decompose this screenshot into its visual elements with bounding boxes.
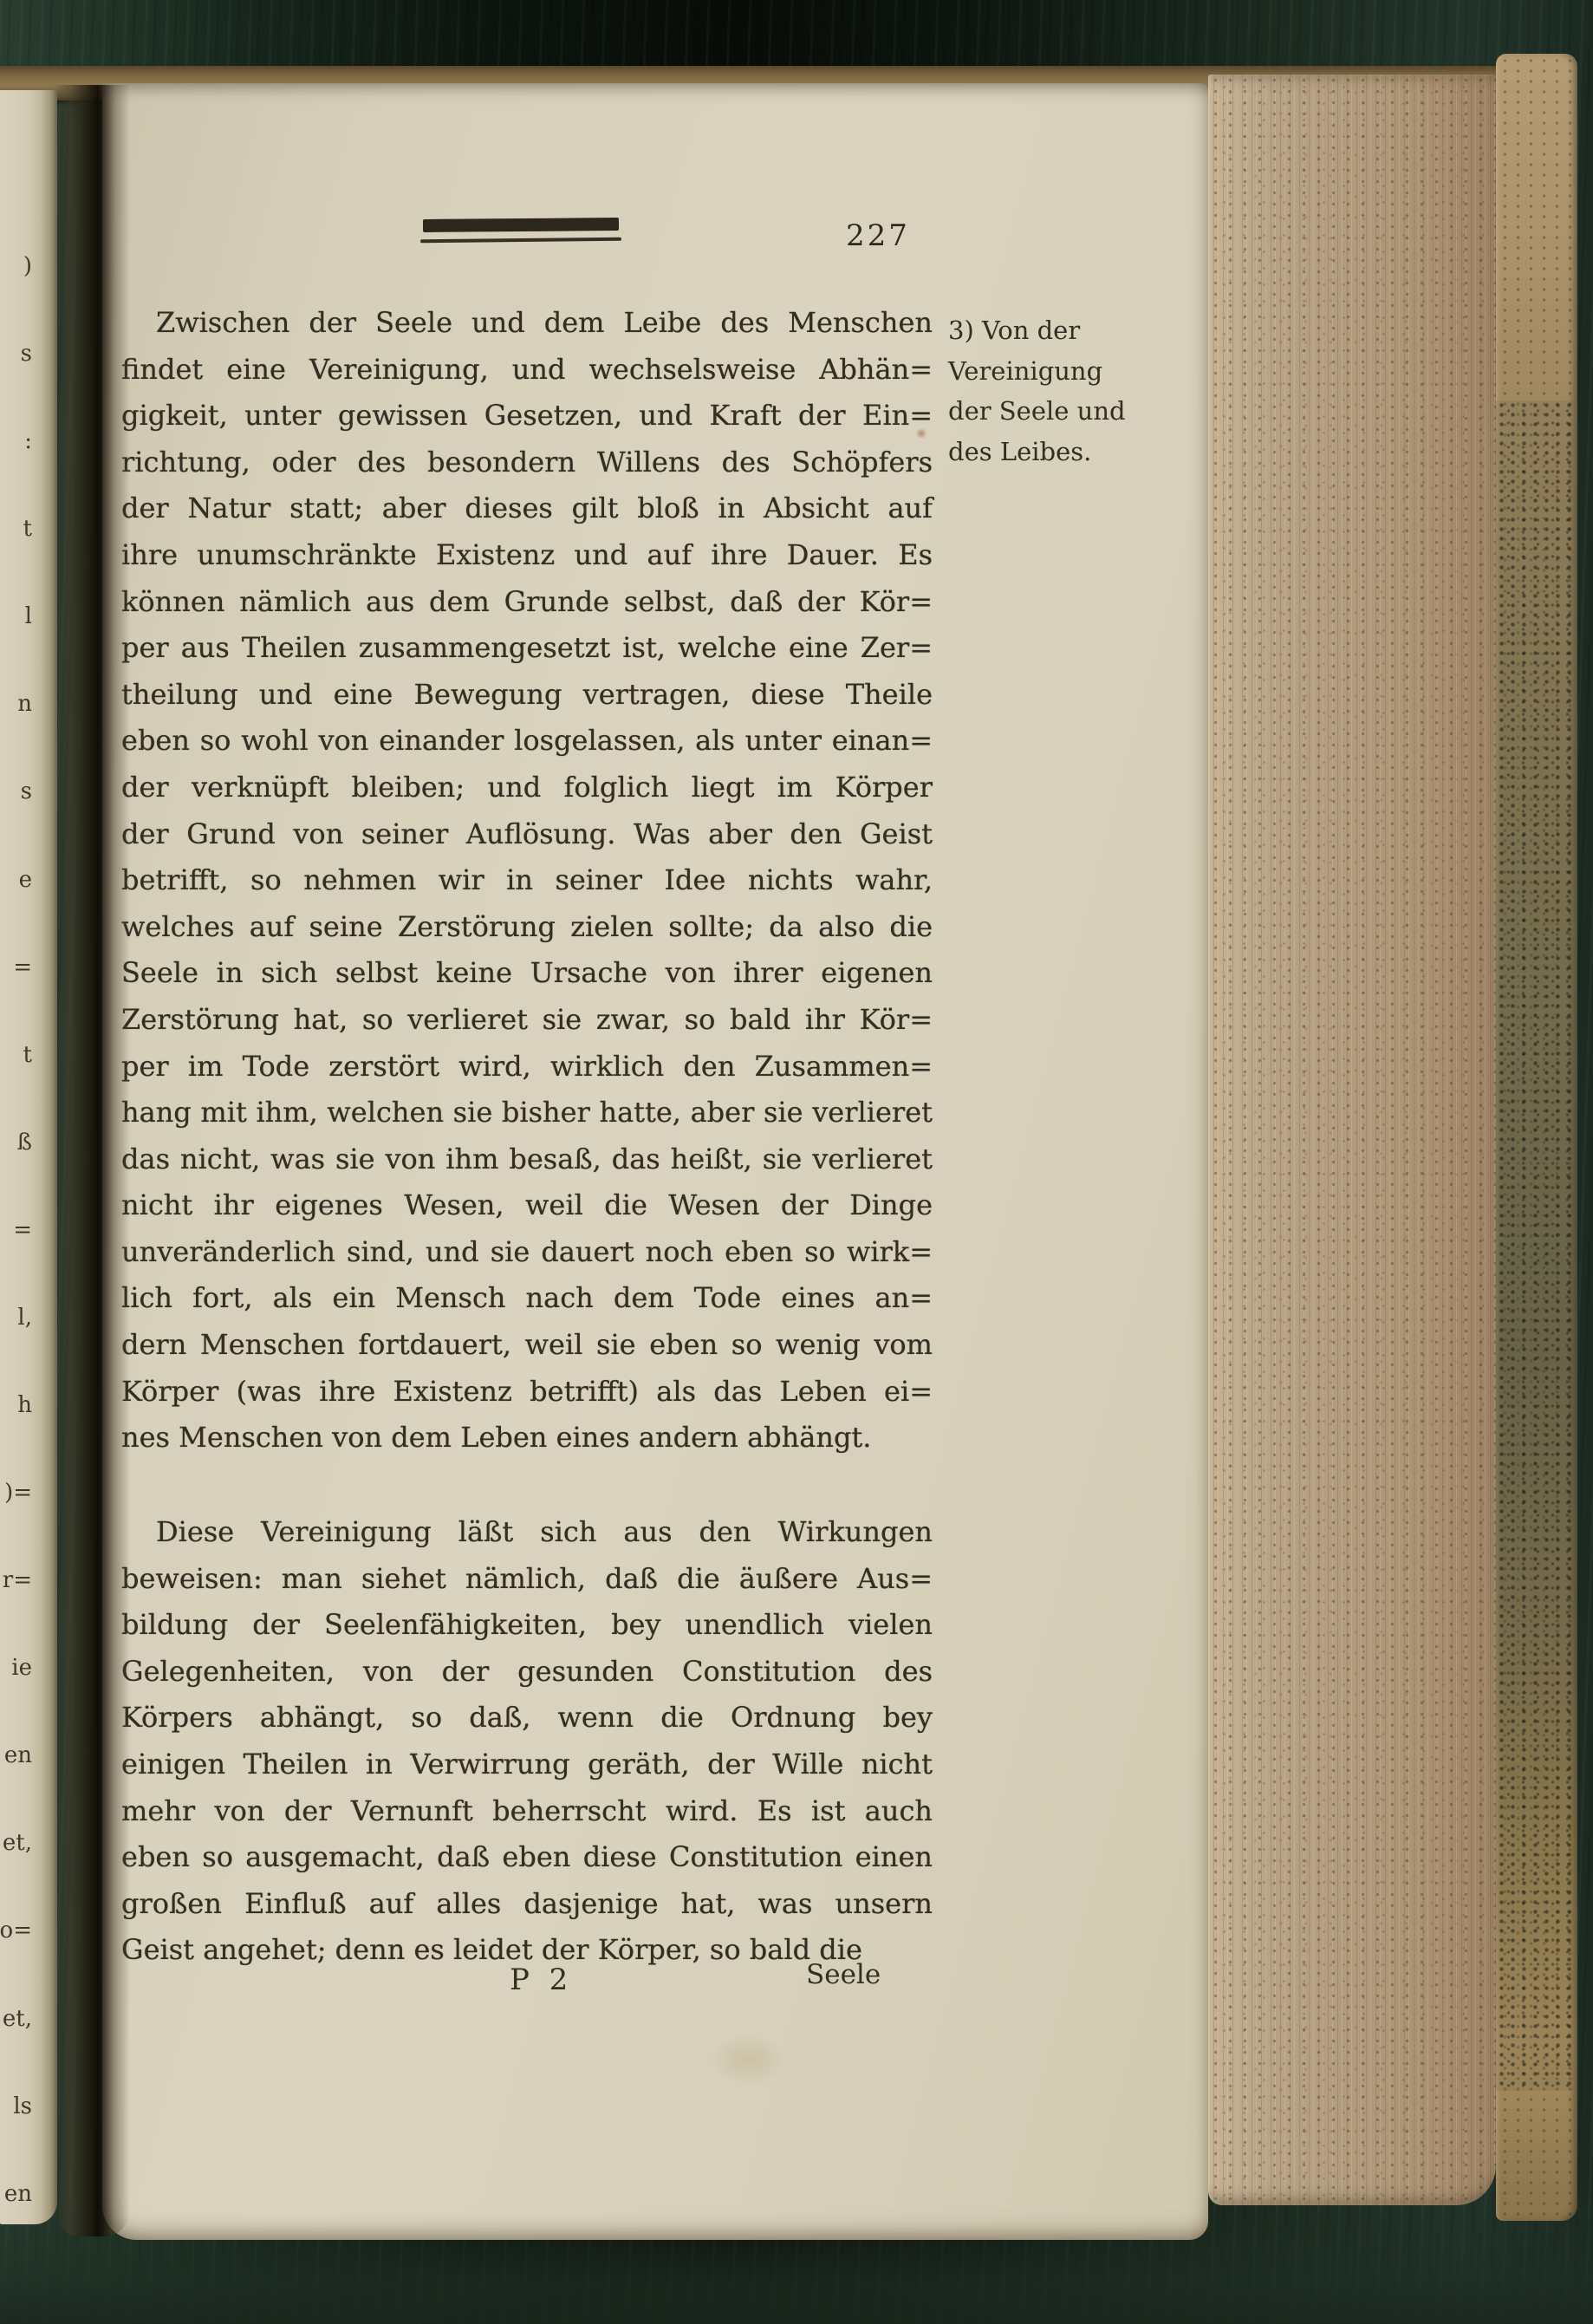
- text-line: der Grund von seiner Auflösung. Was aber…: [121, 811, 933, 858]
- text-fragment: t: [23, 518, 32, 540]
- text-line: per aus Theilen zusammengesetzt ist, wel…: [121, 625, 933, 672]
- text-fragment: ie: [11, 1657, 32, 1679]
- text-line: Zerstörung hat, so verlieret sie zwar, s…: [121, 997, 933, 1044]
- text-line: der Natur statt; aber dieses gilt bloß i…: [121, 485, 933, 532]
- signature-mark: P 2: [510, 1963, 573, 1997]
- text-fragment: ß: [17, 1131, 32, 1154]
- text-line: können nämlich aus dem Grunde selbst, da…: [121, 579, 933, 626]
- text-line: hang mit ihm, welchen sie bisher hatte, …: [121, 1090, 933, 1136]
- gutter-shadow: [54, 85, 130, 2236]
- text-fragment: en: [4, 1744, 32, 1767]
- header-rule-thin: [420, 238, 621, 243]
- facing-page-sliver: )s:tlnse=tß=l,h)=r=ieenet,o=et,lsen: [0, 90, 57, 2224]
- text-fragment: l,: [17, 1306, 32, 1329]
- text-line: Zwischen der Seele und dem Leibe des Men…: [121, 300, 933, 347]
- text-line: per im Tode zerstört wird, wirklich den …: [121, 1044, 933, 1090]
- text-line: richtung, oder des besondern Willens des…: [121, 439, 933, 486]
- text-fragment: s: [21, 342, 32, 365]
- text-line: Seele in sich selbst keine Ursache von i…: [121, 950, 933, 997]
- text-line: betrifft, so nehmen wir in seiner Idee n…: [121, 857, 933, 904]
- margin-note: 3) Von derVereinigungder Seele unddes Le…: [948, 310, 1208, 472]
- text-line: nes Menschen von dem Leben eines andern …: [121, 1415, 933, 1461]
- text-line: beweisen: man siehet nämlich, daß die äu…: [121, 1556, 933, 1603]
- text-line: der verknüpft bleiben; und folglich lieg…: [121, 765, 933, 811]
- left-page-text-fragments: )s:tlnse=tß=l,h)=r=ieenet,o=et,lsen: [0, 255, 35, 2205]
- text-line: bildung der Seelenfähigkeiten, bey unend…: [121, 1602, 933, 1649]
- text-fragment: ls: [13, 2095, 32, 2118]
- text-fragment: l: [25, 605, 32, 628]
- text-line: Diese Vereinigung läßt sich aus den Wirk…: [121, 1509, 933, 1556]
- text-line: unveränderlich sind, und sie dauert noch…: [121, 1229, 933, 1276]
- cover-board-edge: [1496, 54, 1577, 2221]
- margin-note-line: der Seele und: [948, 391, 1208, 432]
- text-fragment: s: [21, 780, 32, 803]
- text-fragment: r=: [3, 1569, 32, 1592]
- text-line: mehr von der Vernunft beherrscht wird. E…: [121, 1788, 933, 1835]
- text-line: das nicht, was sie von ihm besaß, das he…: [121, 1136, 933, 1183]
- margin-note-line: 3) Von der: [948, 310, 1208, 351]
- text-line: nicht ihr eigenes Wesen, weil die Wesen …: [121, 1182, 933, 1229]
- text-fragment: et,: [3, 1832, 32, 1854]
- marbled-cover-texture: [1496, 400, 1577, 2091]
- text-line: Körper (was ihre Existenz betrifft) als …: [121, 1369, 933, 1416]
- text-line: eben so wohl von einander losgelassen, a…: [121, 718, 933, 765]
- text-line: welches auf seine Zerstörung zielen soll…: [121, 904, 933, 951]
- paper-stain: [915, 428, 927, 439]
- text-fragment: h: [17, 1394, 32, 1416]
- margin-note-line: des Leibes.: [948, 432, 1208, 472]
- paper-stain: [709, 2034, 787, 2086]
- text-line: lich fort, als ein Mensch nach dem Tode …: [121, 1275, 933, 1322]
- text-line: ihre unumschränkte Existenz und auf ihre…: [121, 532, 933, 579]
- text-fragment: )=: [4, 1481, 32, 1504]
- header-rule-thick: [423, 218, 619, 232]
- text-line: dern Menschen fortdauert, weil sie eben …: [121, 1322, 933, 1369]
- body-text-paragraph-1: Zwischen der Seele und dem Leibe des Men…: [121, 300, 933, 1461]
- text-fragment: =: [13, 956, 32, 979]
- text-fragment: =: [13, 1219, 32, 1241]
- text-fragment: t: [23, 1044, 32, 1066]
- text-fragment: en: [4, 2183, 32, 2205]
- text-line: findet eine Vereinigung, und wechselswei…: [121, 347, 933, 394]
- text-line: theilung und eine Bewegung vertragen, di…: [121, 672, 933, 719]
- page-block-fore-edge: [1208, 75, 1496, 2205]
- text-fragment: ): [23, 255, 32, 277]
- margin-note-line: Vereinigung: [948, 351, 1208, 392]
- text-line: gigkeit, unter gewissen Gesetzen, und Kr…: [121, 393, 933, 439]
- text-line: Gelegenheiten, von der gesunden Constitu…: [121, 1649, 933, 1696]
- text-fragment: e: [19, 869, 32, 891]
- text-fragment: et,: [3, 2008, 32, 2030]
- text-fragment: :: [24, 430, 32, 452]
- body-text-paragraph-2: Diese Vereinigung läßt sich aus den Wirk…: [121, 1509, 933, 1974]
- page-number: 227: [846, 218, 910, 253]
- catchword: Seele: [806, 1959, 881, 1990]
- text-line: Körpers abhängt, so daß, wenn die Ordnun…: [121, 1695, 933, 1741]
- book-scan: )s:tlnse=tß=l,h)=r=ieenet,o=et,lsen 227 …: [0, 0, 1593, 2324]
- text-line: großen Einfluß auf alles dasjenige hat, …: [121, 1881, 933, 1928]
- text-fragment: o=: [0, 1919, 32, 1942]
- book-page: 227 3) Von derVereinigungder Seele undde…: [102, 83, 1208, 2240]
- text-line: eben so ausgemacht, daß eben diese Const…: [121, 1834, 933, 1881]
- text-line: einigen Theilen in Verwirrung geräth, de…: [121, 1741, 933, 1788]
- text-fragment: n: [17, 693, 32, 715]
